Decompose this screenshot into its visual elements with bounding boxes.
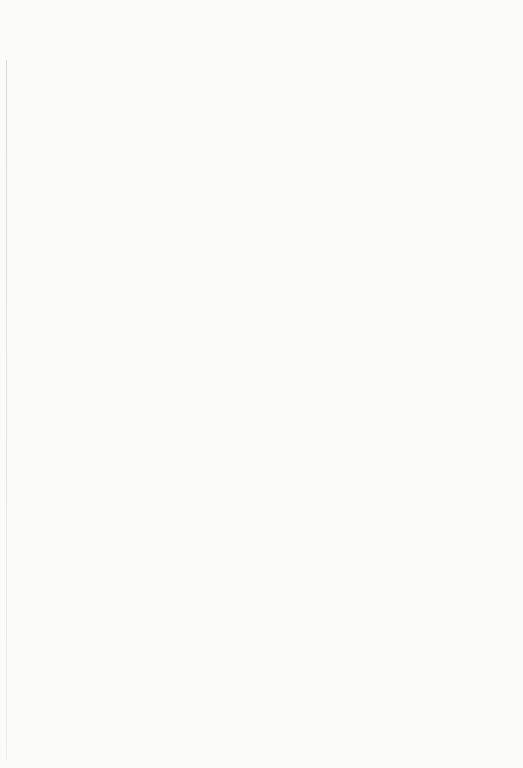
page-margin-line [6, 60, 7, 760]
